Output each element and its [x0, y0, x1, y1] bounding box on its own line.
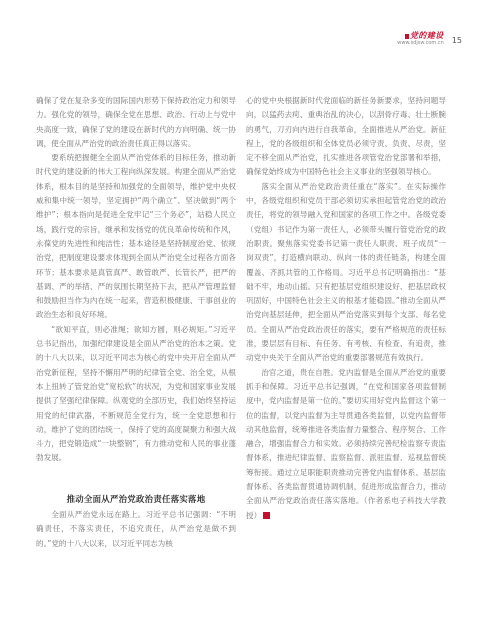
end-mark-icon — [263, 512, 270, 519]
paragraph: 心的党中央根据新时代党面临的新任务新要求，坚持问题导向，以猛药去疴、重典治乱的决… — [246, 94, 446, 180]
logo-url: www.sdjsw.com.cn — [397, 41, 444, 46]
section-spacer — [36, 466, 236, 486]
paragraph-last: 治官之道，贵在自胜。党内监督是全面从严治党的重要抓手和保障。习近平总书记强调，“… — [246, 366, 446, 523]
paragraph: 确保了党在复杂多变的国际国内形势下保持政治定力和领导力。强化党的领导，确保全党在… — [36, 94, 236, 151]
paragraph: “欲知平直，则必准绳；欲知方圆，则必规矩。”习近平总书记指出，加强纪律建设是全面… — [36, 323, 236, 466]
paragraph: 要系统把握健全全面从严治党体系的目标任务，推动新时代党的建设新的伟大工程向纵深发… — [36, 151, 236, 323]
page-header: 党的建设 www.sdjsw.com.cn 15 — [397, 28, 462, 46]
paragraph-text: 治官之道，贵在自胜。党内监督是全面从严治党的重要抓手和保障。习近平总书记强调，“… — [246, 368, 446, 520]
left-column: 确保了党在复杂多变的国际国内形势下保持政治定力和领导力。强化党的领导，确保全党在… — [36, 94, 236, 551]
paragraph: 落实全面从严治党政治责任重在“落实”。在实际操作中，各级党组织和党员干部必须切实… — [246, 180, 446, 366]
publication-logo: 党的建设 www.sdjsw.com.cn — [397, 32, 444, 46]
logo-text: 党的建设 — [410, 32, 444, 40]
page-number: 15 — [452, 37, 462, 46]
section-title: 推动全面从严治党政治责任落实落地 — [36, 492, 236, 506]
logo-mark: 党的建设 — [405, 32, 444, 40]
flag-icon — [405, 34, 409, 39]
paragraph: 全面从严治党永远在路上。习近平总书记强调：“不明确责任，不落实责任，不追究责任，… — [36, 508, 236, 551]
right-column: 心的党中央根据新时代党面临的新任务新要求，坚持问题导向，以猛药去疴、重典治乱的决… — [246, 94, 446, 523]
